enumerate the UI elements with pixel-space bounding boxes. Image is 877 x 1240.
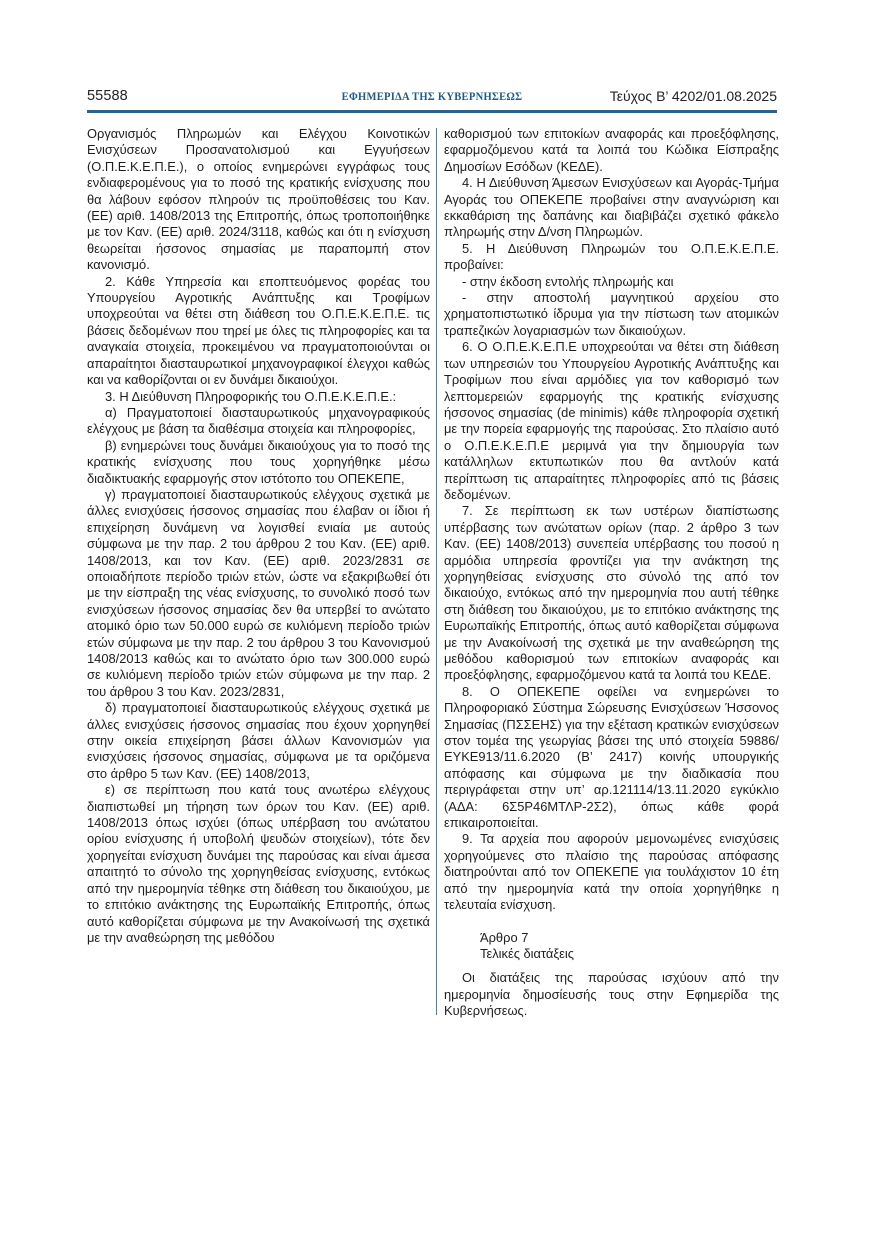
paragraph-3c: γ) πραγματοποιεί διασταυρωτικούς ελέγχου… <box>87 487 430 700</box>
gazette-page: 55588 ΕΦΗΜΕΡΙΔΑ ΤΗΣ ΚΥΒΕΡΝΗΣΕΩΣ Τεύχος Β… <box>0 0 877 1240</box>
left-column: Οργανισμός Πληρωμών και Ελέγχου Κοινοτικ… <box>87 126 430 946</box>
paragraph-continuation-right: καθορισμού των επιτοκίων αναφοράς και πρ… <box>444 126 779 175</box>
paragraph-3a: α) Πραγματοποιεί διασταυρωτικούς μηχανογ… <box>87 405 430 438</box>
paragraph-9: 9. Τα αρχεία που αφορούν μεμονωμένες ενι… <box>444 831 779 913</box>
page-header: 55588 ΕΦΗΜΕΡΙΔΑ ΤΗΣ ΚΥΒΕΡΝΗΣΕΩΣ Τεύχος Β… <box>87 86 777 106</box>
page-number: 55588 <box>87 88 128 104</box>
paragraph-5-item-1: - στην έκδοση εντολής πληρωμής και <box>444 274 779 290</box>
paragraph-2: 2. Κάθε Υπηρεσία και εποπτευόμενος φορέα… <box>87 274 430 389</box>
paragraph-4: 4. Η Διεύθυνση Άμεσων Ενισχύσεων και Αγο… <box>444 175 779 241</box>
column-divider <box>436 128 437 1015</box>
article-number: Άρθρο 7 <box>480 930 779 946</box>
article-title: Τελικές διατάξεις <box>480 946 779 962</box>
right-column: καθορισμού των επιτοκίων αναφοράς και πρ… <box>444 126 779 1020</box>
paragraph-6: 6. Ο Ο.Π.Ε.Κ.Ε.Π.Ε υποχρεούται να θέτει … <box>444 339 779 503</box>
paragraph-3: 3. Η Διεύθυνση Πληροφορικής του Ο.Π.Ε.Κ.… <box>87 389 430 405</box>
paragraph-8: 8. Ο ΟΠΕΚΕΠΕ οφείλει να ενημερώνει το Πλ… <box>444 684 779 832</box>
paragraph-continuation: Οργανισμός Πληρωμών και Ελέγχου Κοινοτικ… <box>87 126 430 274</box>
paragraph-3b: β) ενημερώνει τους δυνάμει δικαιούχους γ… <box>87 438 430 487</box>
paragraph-3d: δ) πραγματοποιεί διασταυρωτικούς ελέγχου… <box>87 700 430 782</box>
article-heading: Άρθρο 7 Τελικές διατάξεις <box>480 930 779 963</box>
paragraph-5-item-2: - στην αποστολή μαγνητικού αρχείου στο χ… <box>444 290 779 339</box>
final-provisions-text: Οι διατάξεις της παρούσας ισχύουν από τη… <box>444 970 779 1019</box>
paragraph-5: 5. Η Διεύθυνση Πληρωμών του Ο.Π.Ε.Κ.Ε.Π.… <box>444 241 779 274</box>
issue-label: Τεύχος Β’ 4202/01.08.2025 <box>610 88 777 104</box>
paragraph-3e: ε) σε περίπτωση που κατά τους ανωτέρω ελ… <box>87 782 430 946</box>
header-rule <box>87 110 777 113</box>
paragraph-7: 7. Σε περίπτωση εκ των υστέρων διαπίστωσ… <box>444 503 779 683</box>
